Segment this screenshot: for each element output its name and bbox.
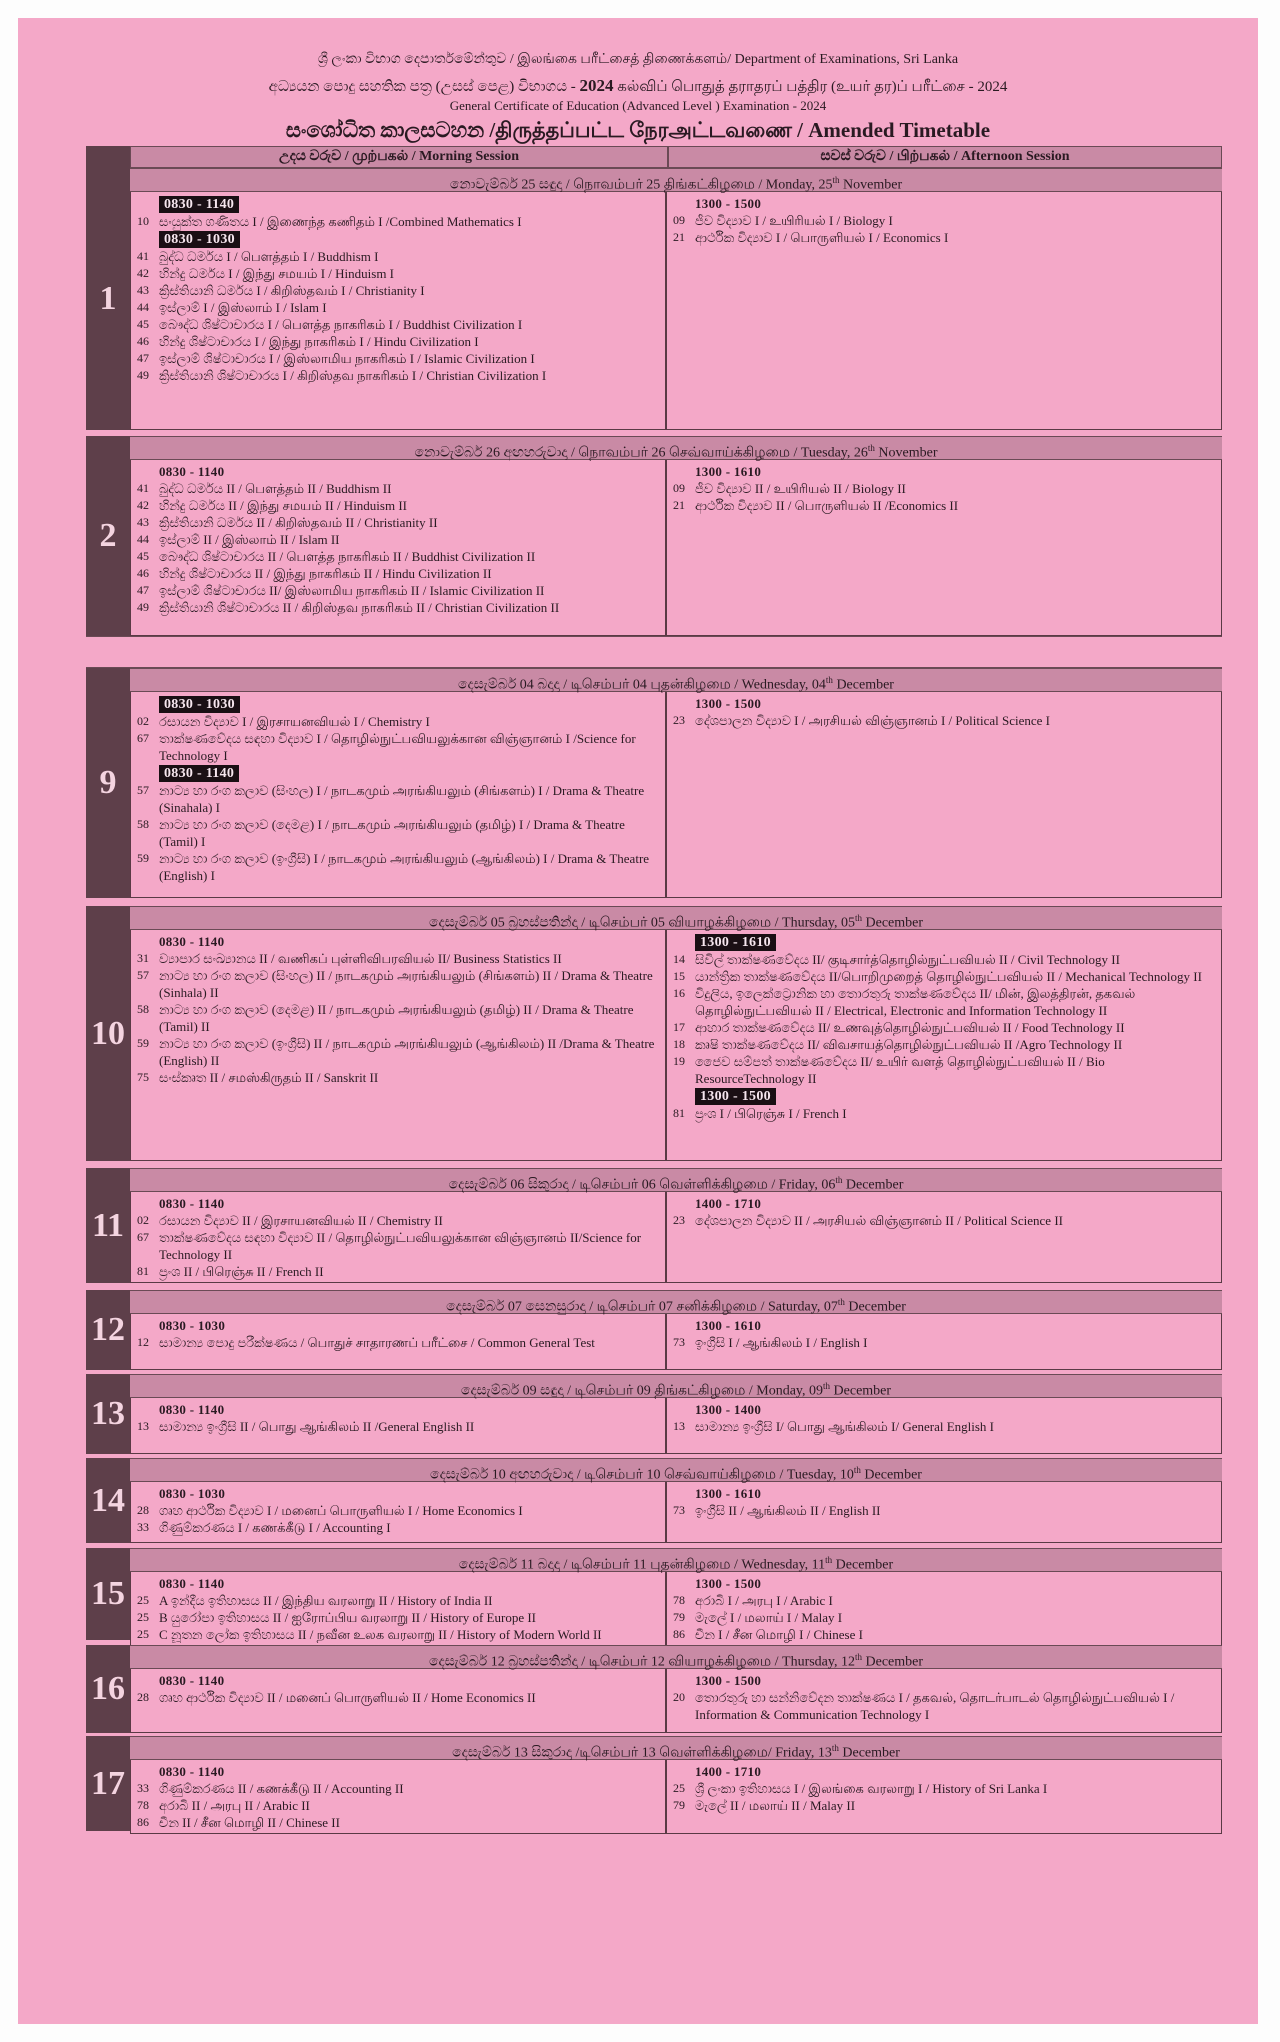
day-body: දෙසැම්බර් 13 සිකුරාදා /டிசெம்பர் 13 வெள்…	[130, 1736, 1222, 1831]
exam-day-14: 14දෙසැම්බර් 10 අඟහරුවාදා / டிசெம்பர் 10 …	[86, 1458, 1222, 1543]
subject-row: 23දේශපාලන විද්‍යාව I / அரசியல் விஞ்ஞானம்…	[673, 712, 1213, 729]
day-number: 15	[86, 1548, 130, 1640]
subject-code: 86	[137, 1814, 159, 1831]
session-cells: 0830 - 103012සාමාන්‍ය පොදු පරීක්ෂණය / பொ…	[130, 1314, 1222, 1370]
afternoon-cell: 1300 - 150020තොරතුරු හා සන්නිවේදන තාක්ෂණ…	[666, 1669, 1222, 1733]
subject-name: ඉංග්‍රීසි II / ஆங்கிலம் II / English II	[695, 1502, 1213, 1519]
subject-code: 33	[137, 1519, 159, 1536]
subject-code: 28	[137, 1502, 159, 1519]
subject-name: ගිණුම්කරණය II / கணக்கீடு II / Accounting…	[159, 1780, 657, 1797]
subject-name: ආර්ථික විද්‍යාව II / பொருளியல் II /Econo…	[695, 497, 1213, 514]
session-time: 0830 - 1140	[137, 1763, 657, 1780]
day-number: 13	[86, 1374, 130, 1454]
morning-cell: 0830 - 114031ව්‍යාපාර සංඛ්‍යානය II / வணி…	[130, 930, 666, 1161]
afternoon-cell: 1300 - 161073ඉංග්‍රීසි I / ஆங்கிலம் I / …	[666, 1314, 1222, 1370]
day-number: 10	[86, 906, 130, 1161]
subject-row: 18කෘෂි තාක්ෂණවේදය II/ விவசாயத்தொழில்நுட்…	[673, 1036, 1213, 1053]
subject-row: 79මැලේ II / மலாய் II / Malay II	[673, 1797, 1213, 1814]
subject-code: 13	[137, 1418, 159, 1435]
afternoon-session-label: සවස් වරුව / பிற்பகல் / Afternoon Session	[668, 146, 1222, 168]
subject-code: 10	[137, 213, 159, 230]
subject-name: ක්‍රිස්තියානි ධර්මය II / கிறிஸ்தவம் II /…	[159, 514, 657, 531]
subject-row: 44ඉස්ලාම් I / இஸ்லாம் I / Islam I	[137, 299, 657, 316]
subject-row: 78අරාබි II / அரபு II / Arabic II	[137, 1797, 657, 1814]
subject-name: තාක්ෂණවේදය සඳහා විද්‍යාව II / தொழில்நுட்…	[159, 1229, 657, 1263]
subject-name: හින්දු ශිෂ්ටාචාරය II / இந்து நாகரிகம் II…	[159, 565, 657, 582]
afternoon-cell: 1300 - 150009ජීව විද්‍යාව I / உயிரியல் I…	[666, 192, 1222, 430]
subject-row: 81ප්‍රංශ II / பிரெஞ்சு II / French II	[137, 1263, 657, 1280]
subject-name: සංයුක්ත ගණිතය I / இணைந்த கணிதம் I /Combi…	[159, 213, 657, 230]
subject-name: බෞද්ධ ශිෂ්ටාචාරය I / பௌத்த நாகரிகம் I / …	[159, 316, 657, 333]
subject-row: 73ඉංග්‍රීසි I / ஆங்கிலம் I / English I	[673, 1334, 1213, 1351]
subject-code: 79	[673, 1609, 695, 1626]
session-time: 1300 - 1500	[673, 1087, 1213, 1105]
session-time: 1300 - 1610	[673, 463, 1213, 480]
subject-code: 25	[673, 1780, 695, 1797]
subject-name: දේශපාලන විද්‍යාව I / அரசியல் விஞ்ஞானம் I…	[695, 712, 1213, 729]
subject-row: 41බුද්ධ ධර්මය I / பௌத்தம் I / Buddhism I	[137, 248, 657, 265]
subject-row: 20තොරතුරු හා සන්නිවේදන තාක්ෂණය I / தகவல்…	[673, 1689, 1213, 1723]
subject-code: 28	[137, 1689, 159, 1706]
session-time: 1400 - 1710	[673, 1763, 1213, 1780]
subject-code: 59	[137, 850, 159, 884]
day-number: 1	[86, 168, 130, 430]
subject-row: 67තාක්ෂණවේදය සඳහා විද්‍යාව I / தொழில்நுட…	[137, 730, 657, 764]
subject-row: 12සාමාන්‍ය පොදු පරීක්ෂණය / பொதுச் சாதாரண…	[137, 1334, 657, 1351]
day-body: දෙසැම්බර් 06 සිකුරාදා / டிசெம்பர் 06 வெள…	[130, 1168, 1222, 1283]
subject-code: 33	[137, 1780, 159, 1797]
subject-name: හින්දු ශිෂ්ටාචාරය I / இந்து நாகரிகம் I /…	[159, 333, 657, 350]
date-band: දෙසැම්බර් 11 බදාදා / டிசெம்பர் 11 புதன்க…	[130, 1548, 1222, 1572]
subject-row: 57නාට්‍ය හා රංග කලාව (සිංහල) I / நாடகமும…	[137, 782, 657, 816]
subject-row: 44ඉස්ලාම් II / இஸ்லாம் II / Islam II	[137, 531, 657, 548]
subject-row: 41බුද්ධ ධර්මය II / பௌத்தம் II / Buddhism…	[137, 480, 657, 497]
morning-cell: 0830 - 114010සංයුක්ත ගණිතය I / இணைந்த கண…	[130, 192, 666, 430]
time-range: 0830 - 1140	[159, 934, 224, 949]
subject-name: ඉස්ලාම් ශිෂ්ටාචාරය II/ இஸ்லாமிய நாகரிகம்…	[159, 582, 657, 599]
exam-day-16: 16දෙසැම්බර් 12 බ්‍රහස්පතින්දා / டிசெம்பர…	[86, 1645, 1222, 1733]
subject-row: 75සංස්කෘත II / சமஸ்கிருதம் II / Sanskrit…	[137, 1069, 657, 1086]
date-band: දෙසැම්බර් 06 සිකුරාදා / டிசெம்பர் 06 வெள…	[130, 1168, 1222, 1192]
subject-row: 25B යුරෝපා ඉතිහාසය II / ஐரோப்பிய வரலாறு …	[137, 1609, 657, 1626]
subject-row: 81ප්‍රංශ I / பிரெஞ்சு I / French I	[673, 1105, 1213, 1122]
subject-code: 81	[673, 1105, 695, 1122]
subject-row: 10සංයුක්ත ගණිතය I / இணைந்த கணிதம் I /Com…	[137, 213, 657, 230]
exam-day-17: 17දෙසැම්බර් 13 සිකුරාදා /டிசெம்பர் 13 வெ…	[86, 1736, 1222, 1831]
subject-code: 43	[137, 282, 159, 299]
subject-code: 17	[673, 1019, 695, 1036]
subject-row: 09ජීව විද්‍යාව I / உயிரியல் I / Biology …	[673, 212, 1213, 229]
subject-name: කෘෂි තාක්ෂණවේදය II/ விவசாயத்தொழில்நுட்பவ…	[695, 1036, 1213, 1053]
session-time: 1300 - 1610	[673, 1317, 1213, 1334]
session-time: 0830 - 1030	[137, 695, 657, 713]
subject-code: 12	[137, 1334, 159, 1351]
time-range: 1300 - 1500	[695, 696, 761, 711]
subject-code: 14	[673, 951, 695, 968]
subject-code: 57	[137, 782, 159, 816]
session-time: 0830 - 1030	[137, 230, 657, 248]
session-time: 0830 - 1140	[137, 195, 657, 213]
subject-name: බුද්ධ ධර්මය II / பௌத்தம் II / Buddhism I…	[159, 480, 657, 497]
subject-name: C නූතන ලෝක ඉතිහාසය II / நவீன உலக வரலாறு …	[159, 1626, 657, 1643]
subject-row: 57නාට්‍ය හා රංග කලාව (සිංහල) II / நாடகமு…	[137, 967, 657, 1001]
session-time: 1300 - 1500	[673, 1575, 1213, 1592]
session-time: 0830 - 1140	[137, 1401, 657, 1418]
subject-row: 58නාට්‍ය හා රංග කලාව (දෙමළ) II / நாடகமும…	[137, 1001, 657, 1035]
subject-code: 58	[137, 816, 159, 850]
subject-row: 42හින්දු ධර්මය II / இந்து சமயம் II / Hin…	[137, 497, 657, 514]
session-cells: 0830 - 114031ව්‍යාපාර සංඛ්‍යානය II / வணி…	[130, 930, 1222, 1161]
session-time: 0830 - 1030	[137, 1317, 657, 1334]
subject-row: 13සාමාන්‍ය ඉංග්‍රීසි I/ பொது ஆங்கிலம் I/…	[673, 1418, 1213, 1435]
subject-row: 31ව්‍යාපාර සංඛ්‍යානය II / வணிகப் புள்ளிவ…	[137, 950, 657, 967]
subject-code: 15	[673, 968, 695, 985]
subject-code: 09	[673, 480, 695, 497]
subject-row: 25A ඉන්දීය ඉතිහාසය II / இந்திய வரலாறு II…	[137, 1592, 657, 1609]
date-band: නොවැම්බර් 25 සඳුදා / நொவம்பர் 25 திங்கட்…	[130, 168, 1222, 192]
date-band: දෙසැම්බර් 05 බ්‍රහස්පතින්දා / டிசெம்பர் …	[130, 906, 1222, 930]
exam-day-15: 15දෙසැම්බර් 11 බදාදා / டிசெம்பர் 11 புதன…	[86, 1548, 1222, 1640]
subject-name: හින්දු ධර්මය I / இந்து சமயம் I / Hinduis…	[159, 265, 657, 282]
subject-name: ක්‍රිස්තියානි ශිෂ්ටාචාරය I / கிறிஸ்தவ நா…	[159, 367, 657, 384]
time-range: 0830 - 1140	[159, 1673, 224, 1688]
session-time: 0830 - 1140	[137, 933, 657, 950]
subject-code: 21	[673, 497, 695, 514]
subject-row: 28ගෘහ ආර්ථික විද්‍යාව II / மனைப் பொருளிய…	[137, 1689, 657, 1706]
subject-name: තාක්ෂණවේදය සඳහා විද්‍යාව I / தொழில்நுட்ப…	[159, 730, 657, 764]
session-cells: 0830 - 114010සංයුක්ත ගණිතය I / இணைந்த கண…	[130, 192, 1222, 430]
exam-day-9: 9දෙසැම්බර් 04 බදාදා / டிசெம்பர் 04 புதன்…	[86, 668, 1222, 898]
subject-name: සංස්කෘත II / சமஸ்கிருதம் II / Sanskrit I…	[159, 1069, 657, 1086]
time-range: 1400 - 1710	[695, 1196, 761, 1211]
subject-row: 86චීන II / சீன மொழி II / Chinese II	[137, 1814, 657, 1831]
subject-row: 79මැලේ I / மலாய் I / Malay I	[673, 1609, 1213, 1626]
afternoon-cell: 1400 - 171023දේශපාලන විද්‍යාව II / அரசிய…	[666, 1192, 1222, 1283]
subject-code: 31	[137, 950, 159, 967]
morning-cell: 0830 - 114013සාමාන්‍ය ඉංග්‍රීසි II / பொத…	[130, 1398, 666, 1454]
subject-name: චීන II / சீன மொழி II / Chinese II	[159, 1814, 657, 1831]
day-body: නොවැම්බර් 25 සඳුදා / நொவம்பர் 25 திங்கட்…	[130, 168, 1222, 430]
subject-name: රසායන විද්‍යාව I / இரசாயனவியல் I / Chemi…	[159, 713, 657, 730]
subject-name: ශ්‍රී ලංකා ඉතිහාසය I / இலங்கை வரலாறு I /…	[695, 1780, 1213, 1797]
subject-name: ජීව විද්‍යාව I / உயிரியல் I / Biology I	[695, 212, 1213, 229]
subject-name: සාමාන්‍ය ඉංග්‍රීසි II / பொது ஆங்கிலம் II…	[159, 1418, 657, 1435]
afternoon-cell: 1300 - 161009ජීව විද්‍යාව II / உயிரியல் …	[666, 460, 1222, 636]
subject-name: නාට්‍ය හා රංග කලාව (ඉංග්‍රීසි) II / நாடக…	[159, 1035, 657, 1069]
subject-row: 42හින්දු ධර්මය I / இந்து சமயம் I / Hindu…	[137, 265, 657, 282]
day-number: 9	[86, 668, 130, 898]
subject-name: නාට්‍ය හා රංග කලාව (ඉංග්‍රීසි) I / நாடகம…	[159, 850, 657, 884]
subject-code: 46	[137, 565, 159, 582]
subject-row: 45බෞද්ධ ශිෂ්ටාචාරය II / பௌத்த நாகரிகம் I…	[137, 548, 657, 565]
subject-code: 67	[137, 730, 159, 764]
subject-row: 25C නූතන ලෝක ඉතිහාසය II / நவீன உலக வரலாற…	[137, 1626, 657, 1643]
exam-day-10: 10දෙසැම්බර් 05 බ්‍රහස්පතින්දා / டிசெம்பர…	[86, 906, 1222, 1161]
day-number: 12	[86, 1290, 130, 1370]
subject-row: 47ඉස්ලාම් ශිෂ්ටාචාරය II/ இஸ்லாமிய நாகரிக…	[137, 582, 657, 599]
subject-code: 49	[137, 599, 159, 616]
subject-row: 67තාක්ෂණවේදය සඳහා විද්‍යාව II / தொழில்நு…	[137, 1229, 657, 1263]
session-cells: 0830 - 114013සාමාන්‍ය ඉංග්‍රීසි II / பொத…	[130, 1398, 1222, 1454]
day-number: 14	[86, 1458, 130, 1543]
session-cells: 0830 - 114041බුද්ධ ධර්මය II / பௌத்தம் II…	[130, 460, 1222, 636]
subject-code: 42	[137, 497, 159, 514]
session-time: 0830 - 1030	[137, 1485, 657, 1502]
subject-row: 43ක්‍රිස්තියානි ධර්මය II / கிறிஸ்தவம் II…	[137, 514, 657, 531]
time-range: 1300 - 1500	[695, 196, 761, 211]
subject-row: 19ජෛව සම්පත් තාක්ෂණවේදය II/ உயிர் வளத் த…	[673, 1053, 1213, 1087]
subject-name: යාන්ත්‍රික තාක්ෂණවේදය II/பொறிமுறைத் தொழி…	[695, 968, 1213, 985]
subject-row: 49ක්‍රිස්තියානි ශිෂ්ටාචාරය I / கிறிஸ்தவ …	[137, 367, 657, 384]
subject-name: නාට්‍ය හා රංග කලාව (සිංහල) II / நாடகமும்…	[159, 967, 657, 1001]
session-time: 1300 - 1400	[673, 1401, 1213, 1418]
subject-code: 67	[137, 1229, 159, 1263]
subject-name: ඉස්ලාම් I / இஸ்லாம் I / Islam I	[159, 299, 657, 316]
subject-row: 13සාමාන්‍ය ඉංග්‍රීසි II / பொது ஆங்கிலம் …	[137, 1418, 657, 1435]
exam-name-local: අධ්‍යයන පොදු සහතික පත්‍ර (උසස් පෙළ) විභා…	[18, 76, 1258, 97]
subject-name: B යුරෝපා ඉතිහාසය II / ஐரோப்பிய வரலாறு II…	[159, 1609, 657, 1626]
session-time: 0830 - 1140	[137, 1575, 657, 1592]
exam-day-2: 2නොවැම්බර් 26 අඟහරුවාදා / நொவம்பர் 26 செ…	[86, 436, 1222, 636]
highlighted-time-badge: 1300 - 1500	[695, 1088, 776, 1105]
session-time: 0830 - 1140	[137, 1195, 657, 1212]
day-number: 2	[86, 436, 130, 636]
subject-code: 46	[137, 333, 159, 350]
date-band: නොවැම්බර් 26 අඟහරුවාදා / நொவம்பர் 26 செவ…	[130, 436, 1222, 460]
subject-name: ජෛව සම්පත් තාක්ෂණවේදය II/ உயிர் வளத் தொழ…	[695, 1053, 1213, 1087]
date-band: දෙසැම්බර් 12 බ්‍රහස්පතින්දා / டிசெம்பர் …	[130, 1645, 1222, 1669]
subject-code: 18	[673, 1036, 695, 1053]
subject-row: 58නාට්‍ය හා රංග කලාව (දෙමළ) I / நாடகமும்…	[137, 816, 657, 850]
subject-name: සාමාන්‍ය පොදු පරීක්ෂණය / பொதுச் சாதாரணப்…	[159, 1334, 657, 1351]
subject-name: ක්‍රිස්තියානි ධර්මය I / கிறிஸ்தவம் I / C…	[159, 282, 657, 299]
table-gap-row	[86, 636, 1222, 668]
afternoon-cell: 1300 - 140013සාමාන්‍ය ඉංග්‍රීසි I/ பொது …	[666, 1398, 1222, 1454]
subject-row: 86චීන I / சீன மொழி I / Chinese I	[673, 1626, 1213, 1643]
subject-row: 59නාට්‍ය හා රංග කලාව (ඉංග්‍රීසි) II / நா…	[137, 1035, 657, 1069]
subject-name: රසායන විද්‍යාව II / இரசாயனவியல் II / Che…	[159, 1212, 657, 1229]
subject-row: 15යාන්ත්‍රික තාක්ෂණවේදය II/பொறிமுறைத் தொ…	[673, 968, 1213, 985]
highlighted-time-badge: 1300 - 1610	[695, 934, 776, 951]
subject-row: 28ගෘහ ආර්ථික විද්‍යාව I / மனைப் பொருளியல…	[137, 1502, 657, 1519]
session-time: 1300 - 1610	[673, 933, 1213, 951]
subject-code: 19	[673, 1053, 695, 1087]
date-band: දෙසැම්බර් 13 සිකුරාදා /டிசெம்பர் 13 வெள்…	[130, 1736, 1222, 1760]
day-number: 11	[86, 1168, 130, 1283]
session-time: 1300 - 1500	[673, 195, 1213, 212]
subject-row: 59නාට්‍ය හා රංග කලාව (ඉංග්‍රීසි) I / நாட…	[137, 850, 657, 884]
subject-name: තොරතුරු හා සන්නිවේදන තාක්ෂණය I / தகவல், …	[695, 1689, 1213, 1723]
exam-name-english: General Certificate of Education (Advanc…	[18, 98, 1258, 114]
subject-row: 09ජීව විද්‍යාව II / உயிரியல் II / Biolog…	[673, 480, 1213, 497]
timetable-sheet: ශ්‍රී ලංකා විභාග දෙපාර්තමේන්තුව / இலங்கை…	[18, 18, 1258, 2024]
subject-code: 47	[137, 582, 159, 599]
morning-session-label: උදය වරුව / முற்பகல் / Morning Session	[130, 146, 668, 168]
subject-name: ප්‍රංශ II / பிரெஞ்சு II / French II	[159, 1263, 657, 1280]
subject-code: 45	[137, 316, 159, 333]
subject-code: 44	[137, 531, 159, 548]
subject-name: ව්‍යාපාර සංඛ්‍යානය II / வணிகப் புள்ளிவிப…	[159, 950, 657, 967]
afternoon-cell: 1300 - 150023දේශපාලන විද්‍යාව I / அரசியல…	[666, 692, 1222, 898]
department-name: ශ්‍රී ලංකා විභාග දෙපාර්තමේන්තුව / இலங்கை…	[18, 52, 1258, 69]
subject-code: 45	[137, 548, 159, 565]
subject-code: 43	[137, 514, 159, 531]
exam-day-12: 12දෙසැම්බර් 07 සෙනසුරාදා / டிசெம்பர் 07 …	[86, 1290, 1222, 1370]
morning-cell: 0830 - 103012සාමාන්‍ය පොදු පරීක්ෂණය / பொ…	[130, 1314, 666, 1370]
date-band: දෙසැම්බර් 09 සඳුදා / டிசெம்பர் 09 திங்கட…	[130, 1374, 1222, 1398]
subject-code: 42	[137, 265, 159, 282]
subject-code: 41	[137, 480, 159, 497]
afternoon-cell: 1400 - 171025ශ්‍රී ලංකා ඉතිහාසය I / இலங்…	[666, 1760, 1222, 1834]
subject-name: ආහාර තාක්ෂණවේදය II/ உணவுத்தொழில்நுட்பவிய…	[695, 1019, 1213, 1036]
subject-name: මැලේ II / மலாய் II / Malay II	[695, 1797, 1213, 1814]
subject-name: ගිණුම්කරණය I / கணக்கீடு I / Accounting I	[159, 1519, 657, 1536]
subject-code: 78	[137, 1797, 159, 1814]
subject-code: 02	[137, 1212, 159, 1229]
time-range: 1300 - 1500	[695, 1673, 761, 1688]
day-body: දෙසැම්බර් 05 බ්‍රහස්පතින්දා / டிசெம்பர் …	[130, 906, 1222, 1161]
session-time: 1300 - 1610	[673, 1485, 1213, 1502]
session-cells: 0830 - 114025A ඉන්දීය ඉතිහාසය II / இந்தி…	[130, 1572, 1222, 1646]
session-cells: 0830 - 103028ගෘහ ආර්ථික විද්‍යාව I / மனை…	[130, 1482, 1222, 1543]
morning-cell: 0830 - 103028ගෘහ ආර්ථික විද්‍යාව I / மனை…	[130, 1482, 666, 1543]
exam-day-13: 13දෙසැම්බර් 09 සඳුදා / டிசெம்பர் 09 திங்…	[86, 1374, 1222, 1454]
time-range: 0830 - 1030	[159, 1486, 225, 1501]
subject-code: 49	[137, 367, 159, 384]
subject-code: 21	[673, 229, 695, 246]
subject-name: අරාබි I / அரபு I / Arabic I	[695, 1592, 1213, 1609]
morning-cell: 0830 - 114025A ඉන්දීය ඉතිහාසය II / இந்தி…	[130, 1572, 666, 1646]
subject-code: 25	[137, 1626, 159, 1643]
session-cells: 0830 - 114033ගිණුම්කරණය II / கணக்கீடு II…	[130, 1760, 1222, 1834]
subject-code: 23	[673, 712, 695, 729]
subject-name: හින්දු ධර්මය II / இந்து சமயம் II / Hindu…	[159, 497, 657, 514]
session-cells: 0830 - 114028ගෘහ ආර්ථික විද්‍යාව II / மன…	[130, 1669, 1222, 1733]
subject-row: 02රසායන විද්‍යාව I / இரசாயனவியல் I / Che…	[137, 713, 657, 730]
subject-code: 79	[673, 1797, 695, 1814]
subject-name: නාට්‍ය හා රංග කලාව (දෙමළ) I / நாடகமும் அ…	[159, 816, 657, 850]
subject-row: 21ආර්ථික විද්‍යාව I / பொருளியல் I / Econ…	[673, 229, 1213, 246]
time-range: 1300 - 1400	[695, 1402, 761, 1417]
subject-name: චීන I / சீன மொழி I / Chinese I	[695, 1626, 1213, 1643]
session-time: 0830 - 1140	[137, 1672, 657, 1689]
day-number: 16	[86, 1645, 130, 1733]
session-cells: 0830 - 103002රසායන විද්‍යාව I / இரசாயனவி…	[130, 692, 1222, 898]
subject-code: 78	[673, 1592, 695, 1609]
day-body: දෙසැම්බර් 09 සඳුදා / டிசெம்பர் 09 திங்கட…	[130, 1374, 1222, 1454]
subject-name: අරාබි II / அரபு II / Arabic II	[159, 1797, 657, 1814]
subject-code: 47	[137, 350, 159, 367]
morning-cell: 0830 - 114002රසායන විද්‍යාව II / இரசாயனவ…	[130, 1192, 666, 1283]
subject-name: ගෘහ ආර්ථික විද්‍යාව I / மனைப் பொருளியல் …	[159, 1502, 657, 1519]
time-range: 1300 - 1610	[695, 464, 761, 479]
date-band: දෙසැම්බර් 04 බදාදා / டிசெம்பர் 04 புதன்க…	[130, 668, 1222, 692]
subject-name: ඉස්ලාම් II / இஸ்லாம் II / Islam II	[159, 531, 657, 548]
subject-name: ජීව විද්‍යාව II / உயிரியல் II / Biology …	[695, 480, 1213, 497]
afternoon-cell: 1300 - 161073ඉංග්‍රීසි II / ஆங்கிலம் II …	[666, 1482, 1222, 1543]
session-time: 0830 - 1140	[137, 463, 657, 480]
subject-row: 45බෞද්ධ ශිෂ්ටාචාරය I / பௌத்த நாகரிகம் I …	[137, 316, 657, 333]
subject-row: 21ආර්ථික විද්‍යාව II / பொருளியல் II /Eco…	[673, 497, 1213, 514]
subject-code: 20	[673, 1689, 695, 1723]
subject-name: නාට්‍ය හා රංග කලාව (සිංහල) I / நாடகமும் …	[159, 782, 657, 816]
subject-code: 81	[137, 1263, 159, 1280]
subject-row: 46හින්දු ශිෂ්ටාචාරය I / இந்து நாகரிகம் I…	[137, 333, 657, 350]
subject-code: 57	[137, 967, 159, 1001]
subject-name: විදුලිය, ඉලෙක්ට්‍රොනික හා තොරතුරු තාක්ෂණ…	[695, 985, 1213, 1019]
subject-code: 13	[673, 1418, 695, 1435]
subject-row: 46හින්දු ශිෂ්ටාචාරය II / இந்து நாகரிகம் …	[137, 565, 657, 582]
time-range: 0830 - 1140	[159, 1764, 224, 1779]
subject-name: සිවිල් තාක්ෂණවේදය II/ குடிசார்த்தொழில்நு…	[695, 951, 1213, 968]
time-range: 0830 - 1140	[159, 1576, 224, 1591]
highlighted-time-badge: 0830 - 1140	[159, 765, 239, 782]
subject-code: 73	[673, 1502, 695, 1519]
subject-code: 23	[673, 1212, 695, 1229]
subject-row: 43ක්‍රිස්තියානි ධර්මය I / கிறிஸ்தவம் I /…	[137, 282, 657, 299]
subject-code: 25	[137, 1609, 159, 1626]
subject-code: 58	[137, 1001, 159, 1035]
subject-code: 59	[137, 1035, 159, 1069]
subject-row: 14සිවිල් තාක්ෂණවේදය II/ குடிசார்த்தொழில்…	[673, 951, 1213, 968]
subject-name: ක්‍රිස්තියානි ශිෂ්ටාචාරය II / கிறிஸ்தவ ந…	[159, 599, 657, 616]
highlighted-time-badge: 0830 - 1140	[159, 196, 239, 213]
time-range: 1300 - 1610	[695, 1486, 761, 1501]
session-time: 1300 - 1500	[673, 695, 1213, 712]
subject-name: ගෘහ ආර්ථික විද්‍යාව II / மனைப் பொருளியல்…	[159, 1689, 657, 1706]
time-range: 1300 - 1610	[695, 1318, 761, 1333]
session-time: 1300 - 1500	[673, 1672, 1213, 1689]
subject-code: 41	[137, 248, 159, 265]
highlighted-time-badge: 0830 - 1030	[159, 231, 240, 248]
day-body: දෙසැම්බර් 10 අඟහරුවාදා / டிசெம்பர் 10 செ…	[130, 1458, 1222, 1543]
day-number: 17	[86, 1736, 130, 1831]
exam-day-11: 11දෙසැම්බර් 06 සිකුරාදා / டிசெம்பர் 06 வ…	[86, 1168, 1222, 1283]
morning-cell: 0830 - 114028ගෘහ ආර්ථික විද්‍යාව II / மன…	[130, 1669, 666, 1733]
subject-row: 23දේශපාලන විද්‍යාව II / அரசியல் விஞ்ஞானம…	[673, 1212, 1213, 1229]
page-title: සංශෝධිත කාලසටහන /திருத்தப்பட்ட நேரஅட்டவண…	[18, 118, 1258, 145]
highlighted-time-badge: 0830 - 1030	[159, 696, 240, 713]
subject-row: 49ක්‍රිස්තියානි ශිෂ්ටාචාරය II / கிறிஸ்தவ…	[137, 599, 657, 616]
subject-name: ඉංග්‍රීසි I / ஆங்கிலம் I / English I	[695, 1334, 1213, 1351]
time-range: 1300 - 1500	[695, 1576, 761, 1591]
session-time: 1400 - 1710	[673, 1195, 1213, 1212]
session-time: 0830 - 1140	[137, 764, 657, 782]
subject-code: 16	[673, 985, 695, 1019]
afternoon-cell: 1300 - 161014සිවිල් තාක්ෂණවේදය II/ குடிச…	[666, 930, 1222, 1161]
subject-row: 47ඉස්ලාම් ශිෂ්ටාචාරය I / இஸ்லாமிய நாகரிக…	[137, 350, 657, 367]
date-band: දෙසැම්බර් 07 සෙනසුරාදා / டிசெம்பர் 07 சன…	[130, 1290, 1222, 1314]
day-body: දෙසැම්බර් 07 සෙනසුරාදා / டிசெம்பர் 07 சன…	[130, 1290, 1222, 1370]
subject-name: මැලේ I / மலாய் I / Malay I	[695, 1609, 1213, 1626]
day-body: දෙසැම්බර් 04 බදාදා / டிசெம்பர் 04 புதன்க…	[130, 668, 1222, 898]
time-range: 0830 - 1140	[159, 1196, 224, 1211]
date-band: දෙසැම්බර් 10 අඟහරුවාදා / டிசெம்பர் 10 செ…	[130, 1458, 1222, 1482]
subject-row: 33ගිණුම්කරණය II / கணக்கீடு II / Accounti…	[137, 1780, 657, 1797]
subject-name: නාට්‍ය හා රංග කලාව (දෙමළ) II / நாடகமும் …	[159, 1001, 657, 1035]
morning-cell: 0830 - 114033ගිණුම්කරණය II / கணக்கீடு II…	[130, 1760, 666, 1834]
subject-name: ආර්ථික විද්‍යාව I / பொருளியல் I / Econom…	[695, 229, 1213, 246]
subject-name: බුද්ධ ධර්මය I / பௌத்தம் I / Buddhism I	[159, 248, 657, 265]
subject-name: ප්‍රංශ I / பிரெஞ்சு I / French I	[695, 1105, 1213, 1122]
subject-code: 02	[137, 713, 159, 730]
subject-name: A ඉන්දීය ඉතිහාසය II / இந்திய வரலாறு II /…	[159, 1592, 657, 1609]
subject-code: 75	[137, 1069, 159, 1086]
subject-row: 25ශ්‍රී ලංකා ඉතිහාසය I / இலங்கை வரலாறு I…	[673, 1780, 1213, 1797]
afternoon-cell: 1300 - 150078අරාබි I / அரபு I / Arabic I…	[666, 1572, 1222, 1646]
time-range: 0830 - 1140	[159, 464, 224, 479]
subject-row: 17ආහාර තාක්ෂණවේදය II/ உணவுத்தொழில்நுட்பவ…	[673, 1019, 1213, 1036]
